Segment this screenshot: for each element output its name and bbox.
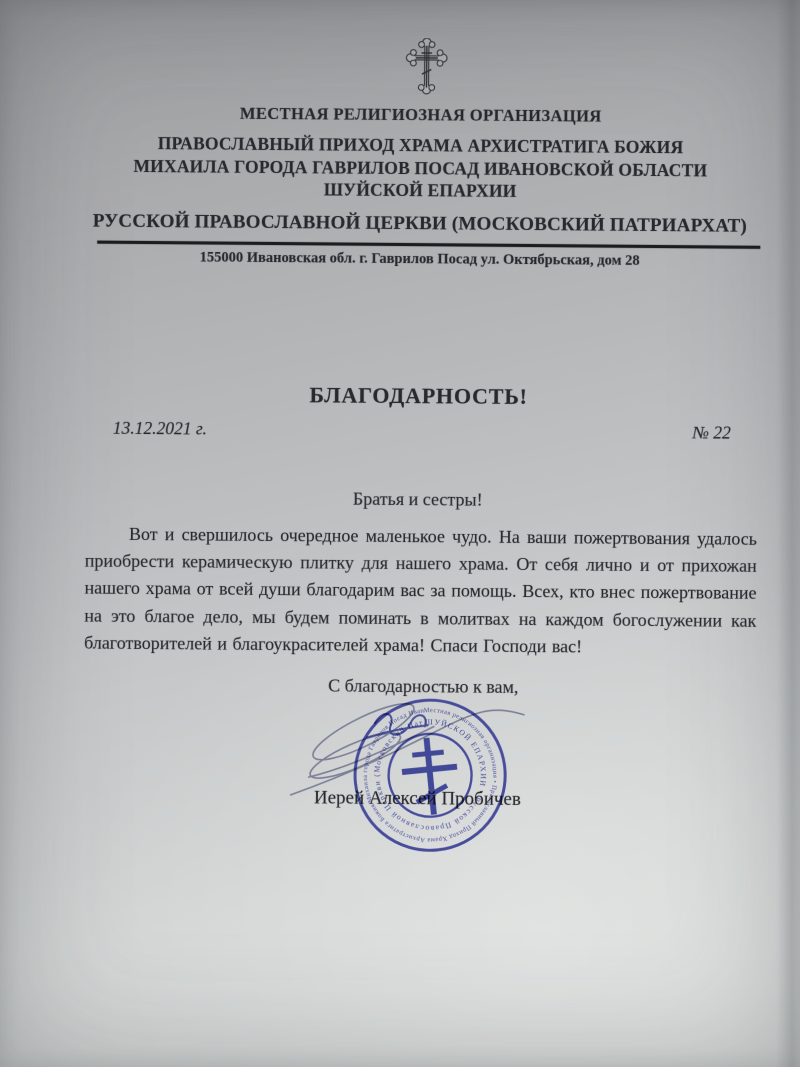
church-line: РУССКОЙ ПРАВОСЛАВНОЙ ЦЕРКВИ (МОСКОВСКИЙ …	[52, 210, 787, 240]
letterhead-divider-rule	[97, 241, 760, 249]
document-date: 13.12.2021 г.	[113, 418, 207, 440]
letter-document: МЕСТНАЯ РЕЛИГИОЗНАЯ ОРГАНИЗАЦИЯ ПРАВОСЛА…	[0, 0, 800, 1067]
inner-three-bar-cross	[415, 46, 437, 88]
church-stamp: Местная религиозная организация • Правос…	[350, 696, 509, 855]
orthodox-three-bar-cross-icon	[399, 735, 461, 817]
document-title: БЛАГОДАРНОСТЬ!	[51, 380, 786, 412]
orthodox-budded-cross-icon	[399, 38, 453, 96]
salutation: Братья и сестры!	[50, 486, 785, 513]
org-type-line: МЕСТНАЯ РЕЛИГИОЗНАЯ ОРГАНИЗАЦИЯ	[53, 101, 788, 128]
body-paragraph: Вот и свершилось очередное маленькое чуд…	[84, 521, 757, 662]
meta-row: 13.12.2021 г. № 22	[113, 418, 731, 444]
address-line: 155000 Ивановская обл. г. Гаврилов Посад…	[52, 248, 787, 271]
document-number: № 22	[692, 422, 731, 443]
letterhead: МЕСТНАЯ РЕЛИГИОЗНАЯ ОРГАНИЗАЦИЯ ПРАВОСЛА…	[52, 101, 788, 239]
